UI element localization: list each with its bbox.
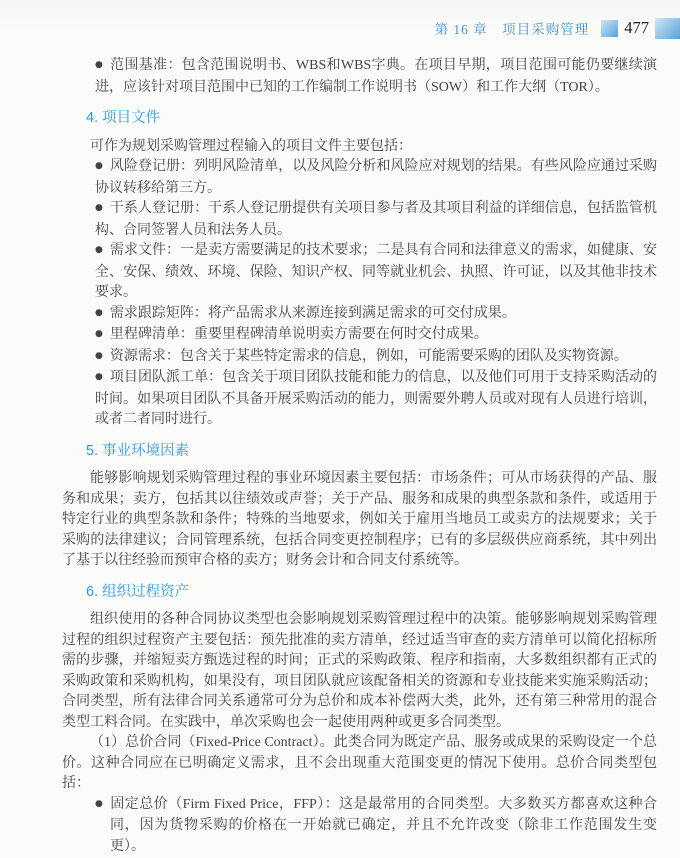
bullet-item: ●固定总价（Firm Fixed Price，FFP）：这是最常用的合同类型。大… xyxy=(62,795,657,858)
bullet-item: ●里程碑清单：重要里程碑清单说明卖方需要在何时交付成果。 xyxy=(62,325,657,347)
bullet-text: 固定总价（Firm Fixed Price，FFP）：这是最常用的合同类型。大多… xyxy=(110,797,657,854)
bullet-marker-icon: ● xyxy=(95,799,103,809)
bullet-text: 风险登记册：列明风险清单，以及风险分析和风险应对规划的结果。有些风险应通过采购协… xyxy=(95,159,657,196)
bullet-marker-icon: ● xyxy=(95,372,103,382)
bullet-text: 干系人登记册：干系人登记册提供有关项目参与者及其项目利益的详细信息，包括监管机构… xyxy=(95,201,657,238)
book-page: 第 16 章 项目采购管理 477 ●范围基准：包含范围说明书、WBS和WBS字… xyxy=(0,0,680,858)
bullet-item: ●需求跟踪矩阵：将产品需求从来源连接到满足需求的可交付成果。 xyxy=(62,304,657,326)
page-number: 477 xyxy=(624,18,649,38)
bullet-text: 里程碑清单：重要里程碑清单说明卖方需要在何时交付成果。 xyxy=(110,327,488,342)
header-accent-square-icon xyxy=(601,20,618,37)
bullet-marker-icon: ● xyxy=(95,60,103,70)
section-heading: 5. 事业环境因素 xyxy=(86,441,657,462)
bullet-text: 范围基准：包含范围说明书、WBS和WBS字典。在项目早期，项目范围可能仍要继续演… xyxy=(95,58,657,95)
bullet-marker-icon: ● xyxy=(95,351,103,361)
bullet-marker-icon: ● xyxy=(95,245,103,255)
section-heading: 6. 组织过程资产 xyxy=(86,582,657,603)
bullet-item: ●需求文件：一是卖方需要满足的技术要求；二是具有合同和法律意义的需求，如健康、安… xyxy=(62,241,657,304)
bullet-marker-icon: ● xyxy=(95,329,103,339)
header-accent-bar-icon xyxy=(655,18,680,39)
bullet-item: ●干系人登记册：干系人登记册提供有关项目参与者及其项目利益的详细信息，包括监管机… xyxy=(62,199,657,241)
bullet-text: 项目团队派工单：包含关于项目团队技能和能力的信息，以及他们可用于支持采购活动的时… xyxy=(95,370,657,427)
paragraph: 能够影响规划采购管理过程的事业环境因素主要包括：市场条件；可从市场获得的产品、服… xyxy=(62,469,657,572)
paragraph: （1）总价合同（Fixed-Price Contract）。此类合同为既定产品、… xyxy=(62,733,657,795)
bullet-item: ●项目团队派工单：包含关于项目团队技能和能力的信息，以及他们可用于支持采购活动的… xyxy=(62,368,657,431)
paragraph: 组织使用的各种合同协议类型也会影响规划采购管理过程中的决策。能够影响规划采购管理… xyxy=(62,610,657,733)
bullet-text: 需求跟踪矩阵：将产品需求从来源连接到满足需求的可交付成果。 xyxy=(110,306,516,321)
paragraph: 可作为规划采购管理过程输入的项目文件主要包括： xyxy=(62,137,657,158)
bullet-marker-icon: ● xyxy=(95,308,103,318)
bullet-marker-icon: ● xyxy=(95,203,103,213)
bullet-item: ●风险登记册：列明风险清单，以及风险分析和风险应对规划的结果。有些风险应通过采购… xyxy=(62,157,657,199)
chapter-heading: 第 16 章 项目采购管理 xyxy=(435,18,590,38)
bullet-text: 需求文件：一是卖方需要满足的技术要求；二是具有合同和法律意义的需求，如健康、安全… xyxy=(95,243,657,300)
bullet-item: ●资源需求：包含关于某些特定需求的信息，例如，可能需要采购的团队及实物资源。 xyxy=(62,347,657,369)
page-header: 第 16 章 项目采购管理 477 xyxy=(0,0,680,40)
section-heading: 4. 项目文件 xyxy=(86,108,657,129)
bullet-item: ●范围基准：包含范围说明书、WBS和WBS字典。在项目早期，项目范围可能仍要继续… xyxy=(62,56,657,98)
bullet-marker-icon: ● xyxy=(95,161,103,171)
page-content: ●范围基准：包含范围说明书、WBS和WBS字典。在项目早期，项目范围可能仍要继续… xyxy=(0,40,680,857)
bullet-text: 资源需求：包含关于某些特定需求的信息，例如，可能需要采购的团队及实物资源。 xyxy=(110,349,628,364)
